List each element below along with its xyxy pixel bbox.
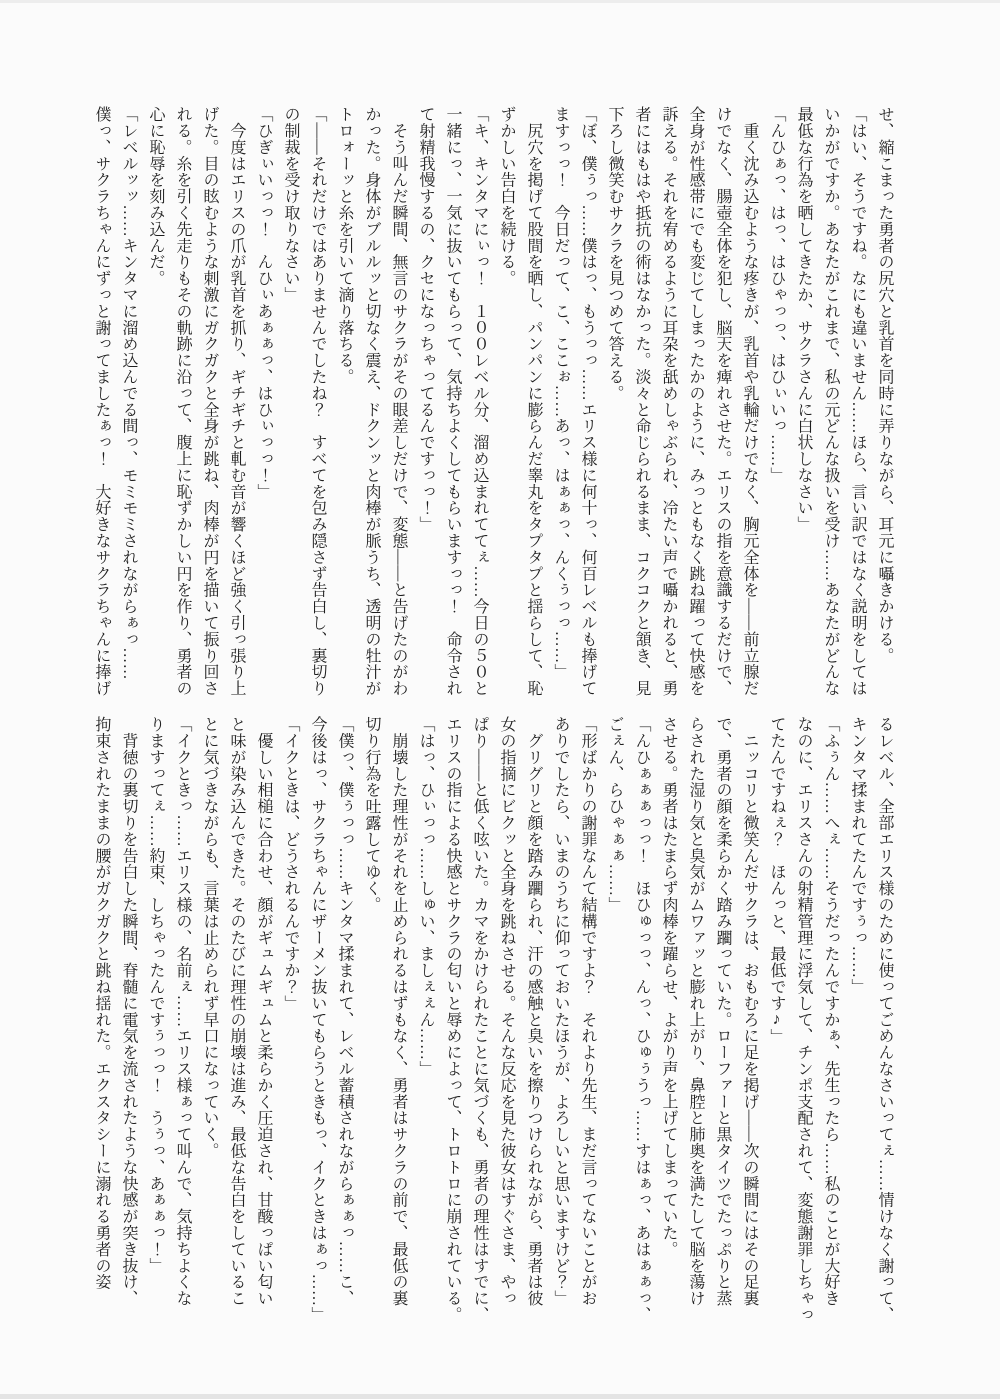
text-column: 「んひぁっ、はっ、はひゃっっ、はひぃいっ……」	[763, 106, 790, 738]
text-column: エリスの指による快感とサクラの匂いと辱めによって、トロトロに崩されている。	[439, 716, 466, 1348]
text-column: 「イクときは、どうされるんですか？」	[277, 716, 304, 1348]
text-column: 今後はっ、サクラちゃんにザーメン抜いてもらうときもっ、イクときはぁっ……」	[304, 716, 331, 1348]
text-column: げた。目の眩むような刺激にガクガクと全身が跳ね、肉棒が円を描いて振り回さ	[196, 106, 223, 738]
text-column: ずかしい告白を続ける。	[493, 106, 520, 738]
text-column: 全身が性感帯にでも変じてしまったかのように、みっともなく跳ね躍って快感を	[682, 106, 709, 738]
text-column: けでなく、腸壺全体を犯し、脳天を痺れさせた。エリスの指を意識するだけで、	[709, 106, 736, 738]
text-column: れる。糸を引く先走りもその軌跡に沿って、腹上に恥ずかしい円を作り、勇者の	[169, 106, 196, 738]
text-column: 「ひぎぃいっっ！ んひぃあぁぁっ、はひぃっっ！」	[250, 106, 277, 738]
text-column: 「レベルッッ……キンタマに溜め込んでる間っ、モミモミされながらぁっ……	[115, 106, 142, 738]
text-column: なのに、エリスさんの射精管理に浮気して、チンポ支配されて、変態謝罪しちゃっ	[790, 716, 817, 1348]
text-column: 「――それだけではありませんでしたね？ すべてを包み隠さず告白し、裏切り	[304, 106, 331, 738]
text-column: るレベル、全部エリス様のために使ってごめんなさいってぇ……情けなく謝って、	[871, 716, 898, 1348]
text-column: 尻穴を掲げて股間を晒し、パンパンに膨らんだ睾丸をタプタプと揺らして、恥	[520, 106, 547, 738]
page-top-edge	[0, 0, 1000, 3]
text-column: 訴える。それを宥めるように耳朶を舐めしゃぶられ、冷たい声で囁かれると、勇	[655, 106, 682, 738]
text-column: させる。勇者はたまらず肉棒を躍らせ、よがり声を上げてしまっていた。	[655, 716, 682, 1348]
text-column: 女の指摘にビクッと全身を跳ねさせる。そんな反応を見た彼女はすぐさま、やっ	[493, 716, 520, 1348]
text-column: りますってぇ……約束、しちゃったんですぅっっ！ うぅっ、あぁぁっ！」	[142, 716, 169, 1348]
text-column: 下ろし微笑むサクラを見つめて答える。	[601, 106, 628, 738]
text-column: で、勇者の顔を柔らかく踏み躙っていた。ローファーと黒タイツでたっぷりと蒸	[709, 716, 736, 1348]
text-column: ニッコリと微笑んだサクラは、おもむろに足を掲げ――次の瞬間にはその足裏	[736, 716, 763, 1348]
text-column: 背徳の裏切りを告白した瞬間、脊髄に電気を流されたような快感が突き抜け、	[115, 716, 142, 1348]
text-column: 僕っ、サクラちゃんにずっと謝ってましたぁっ！ 大好きなサクラちゃんに捧げ	[88, 106, 115, 738]
text-column: とに気づきながらも、言葉は止められず早口になっていく。	[196, 716, 223, 1348]
text-column: 「ぼ、僕ぅっ……僕はっ、もうっっ……エリス様に何十っ、何百レベルも捧げて	[574, 106, 601, 738]
text-block-bottom: るレベル、全部エリス様のために使ってごめんなさいってぇ……情けなく謝って、キンタ…	[86, 716, 898, 1348]
text-column: 者にはもはや抵抗の術はなかった。淡々と命じられるまま、コクコクと頷き、見	[628, 106, 655, 738]
text-column: て射精我慢するの、クセになっちゃってるんですっっ！」	[412, 106, 439, 738]
document-page: せ、縮こまった勇者の尻穴と乳首を同時に弄りながら、耳元に囁きかける。「はい、そう…	[0, 0, 1000, 1399]
text-column: 「僕っ、僕ぅっっ……キンタマ揉まれて、レベル蓄積されながらぁぁっ……こ、	[331, 716, 358, 1348]
text-column: かった。身体がブルルッと切なく震え、ドクンッと肉棒が脈うち、透明の牡汁が	[358, 106, 385, 738]
text-column: 崩壊した理性がそれを止められるはずもなく、勇者はサクラの前で、最低の裏	[385, 716, 412, 1348]
text-column: てたんですねぇ？ ほんっと、最低です♪」	[763, 716, 790, 1348]
text-column: と味が染み込んできた。そのたびに理性の崩壊は進み、最低な告白をしているこ	[223, 716, 250, 1348]
text-column: 「んひぁぁぁっっ！ ほひゅっっ、んっ、ひゅぅうっ……すはぁっ、あはぁぁっ、	[628, 716, 655, 1348]
text-column: 「はっ、ひぃっっ……しゅい、ましぇぇん……」	[412, 716, 439, 1348]
text-column: 「形ばかりの謝罪なんて結構ですよ？ それより先生、まだ言ってないことがお	[574, 716, 601, 1348]
text-column: 「キ、キンタマにぃっ！ １００レベル分、溜め込まれててぇ……今日の５０と	[466, 106, 493, 738]
text-column: ありでしたら、いまのうちに仰っておいたほうが、よろしいと思いますけど？」	[547, 716, 574, 1348]
text-column: ぱり――と低く呟いた。カマをかけられたことに気づくも、勇者の理性はすでに、	[466, 716, 493, 1348]
text-column: グリグリと顔を踏み躙られ、汗の感触と臭いを擦りつけられながら、勇者は彼	[520, 716, 547, 1348]
text-column: 今度はエリスの爪が乳首を抓り、ギチギチと軋む音が響くほど強く引っ張り上	[223, 106, 250, 738]
text-column: ますっっ！ 今日だって、こ、ここぉ……あっ、はぁぁっ、んくぅっっ……」	[547, 106, 574, 738]
text-column: キンタマ揉まれてたんですぅっ……」	[844, 716, 871, 1348]
text-column: の制裁を受け取りなさい」	[277, 106, 304, 738]
text-column: 「はい、そうですね。なにも違いません……ほら、言い訳ではなく説明をしては	[844, 106, 871, 738]
text-column: らされた湿り気と臭気がムワァッと膨れ上がり、鼻腔と肺奥を満たして脳を蕩け	[682, 716, 709, 1348]
page-bottom-edge	[0, 1394, 1000, 1399]
text-column: 最低な行為を晒してきたか、サクラさんに白状しなさい」	[790, 106, 817, 738]
text-column: 優しい相槌に合わせ、顔がギュムギュムと柔らかく圧迫され、甘酸っぱい匂い	[250, 716, 277, 1348]
text-column: 心に恥辱を刻み込んだ。	[142, 106, 169, 738]
text-column: 重く沈み込むような疼きが、乳首や乳輪だけでなく、胸元全体を――前立腺だ	[736, 106, 763, 738]
text-column: せ、縮こまった勇者の尻穴と乳首を同時に弄りながら、耳元に囁きかける。	[871, 106, 898, 738]
text-column: いかがですか。あなたがこれまで、私の元どんな扱いを受け……あなたがどんな	[817, 106, 844, 738]
text-column: トロォーッと糸を引いて滴り落ちる。	[331, 106, 358, 738]
text-column: 「ふぅん……へぇ……そうだったんですかぁ、先生ったら……私のことが大好き	[817, 716, 844, 1348]
text-column: 一緒にっ、一気に抜いてもらって、気持ちよくしてもらいますっっ！ 命令され	[439, 106, 466, 738]
text-block-top: せ、縮こまった勇者の尻穴と乳首を同時に弄りながら、耳元に囁きかける。「はい、そう…	[86, 106, 898, 738]
text-column: 「イクときっ……エリス様の、名前ぇ……エリス様ぁって叫んで、気持ちよくな	[169, 716, 196, 1348]
text-column: ごぇん、らひゃぁぁ……」	[601, 716, 628, 1348]
text-column: そう叫んだ瞬間、無言のサクラがその眼差しだけで、変態――と告げたのがわ	[385, 106, 412, 738]
text-column: 切り行為を吐露してゆく。	[358, 716, 385, 1348]
text-column: 拘束されたままの腰がガクガクと跳ね揺れた。エクスタシーに溺れる勇者の姿	[88, 716, 115, 1348]
